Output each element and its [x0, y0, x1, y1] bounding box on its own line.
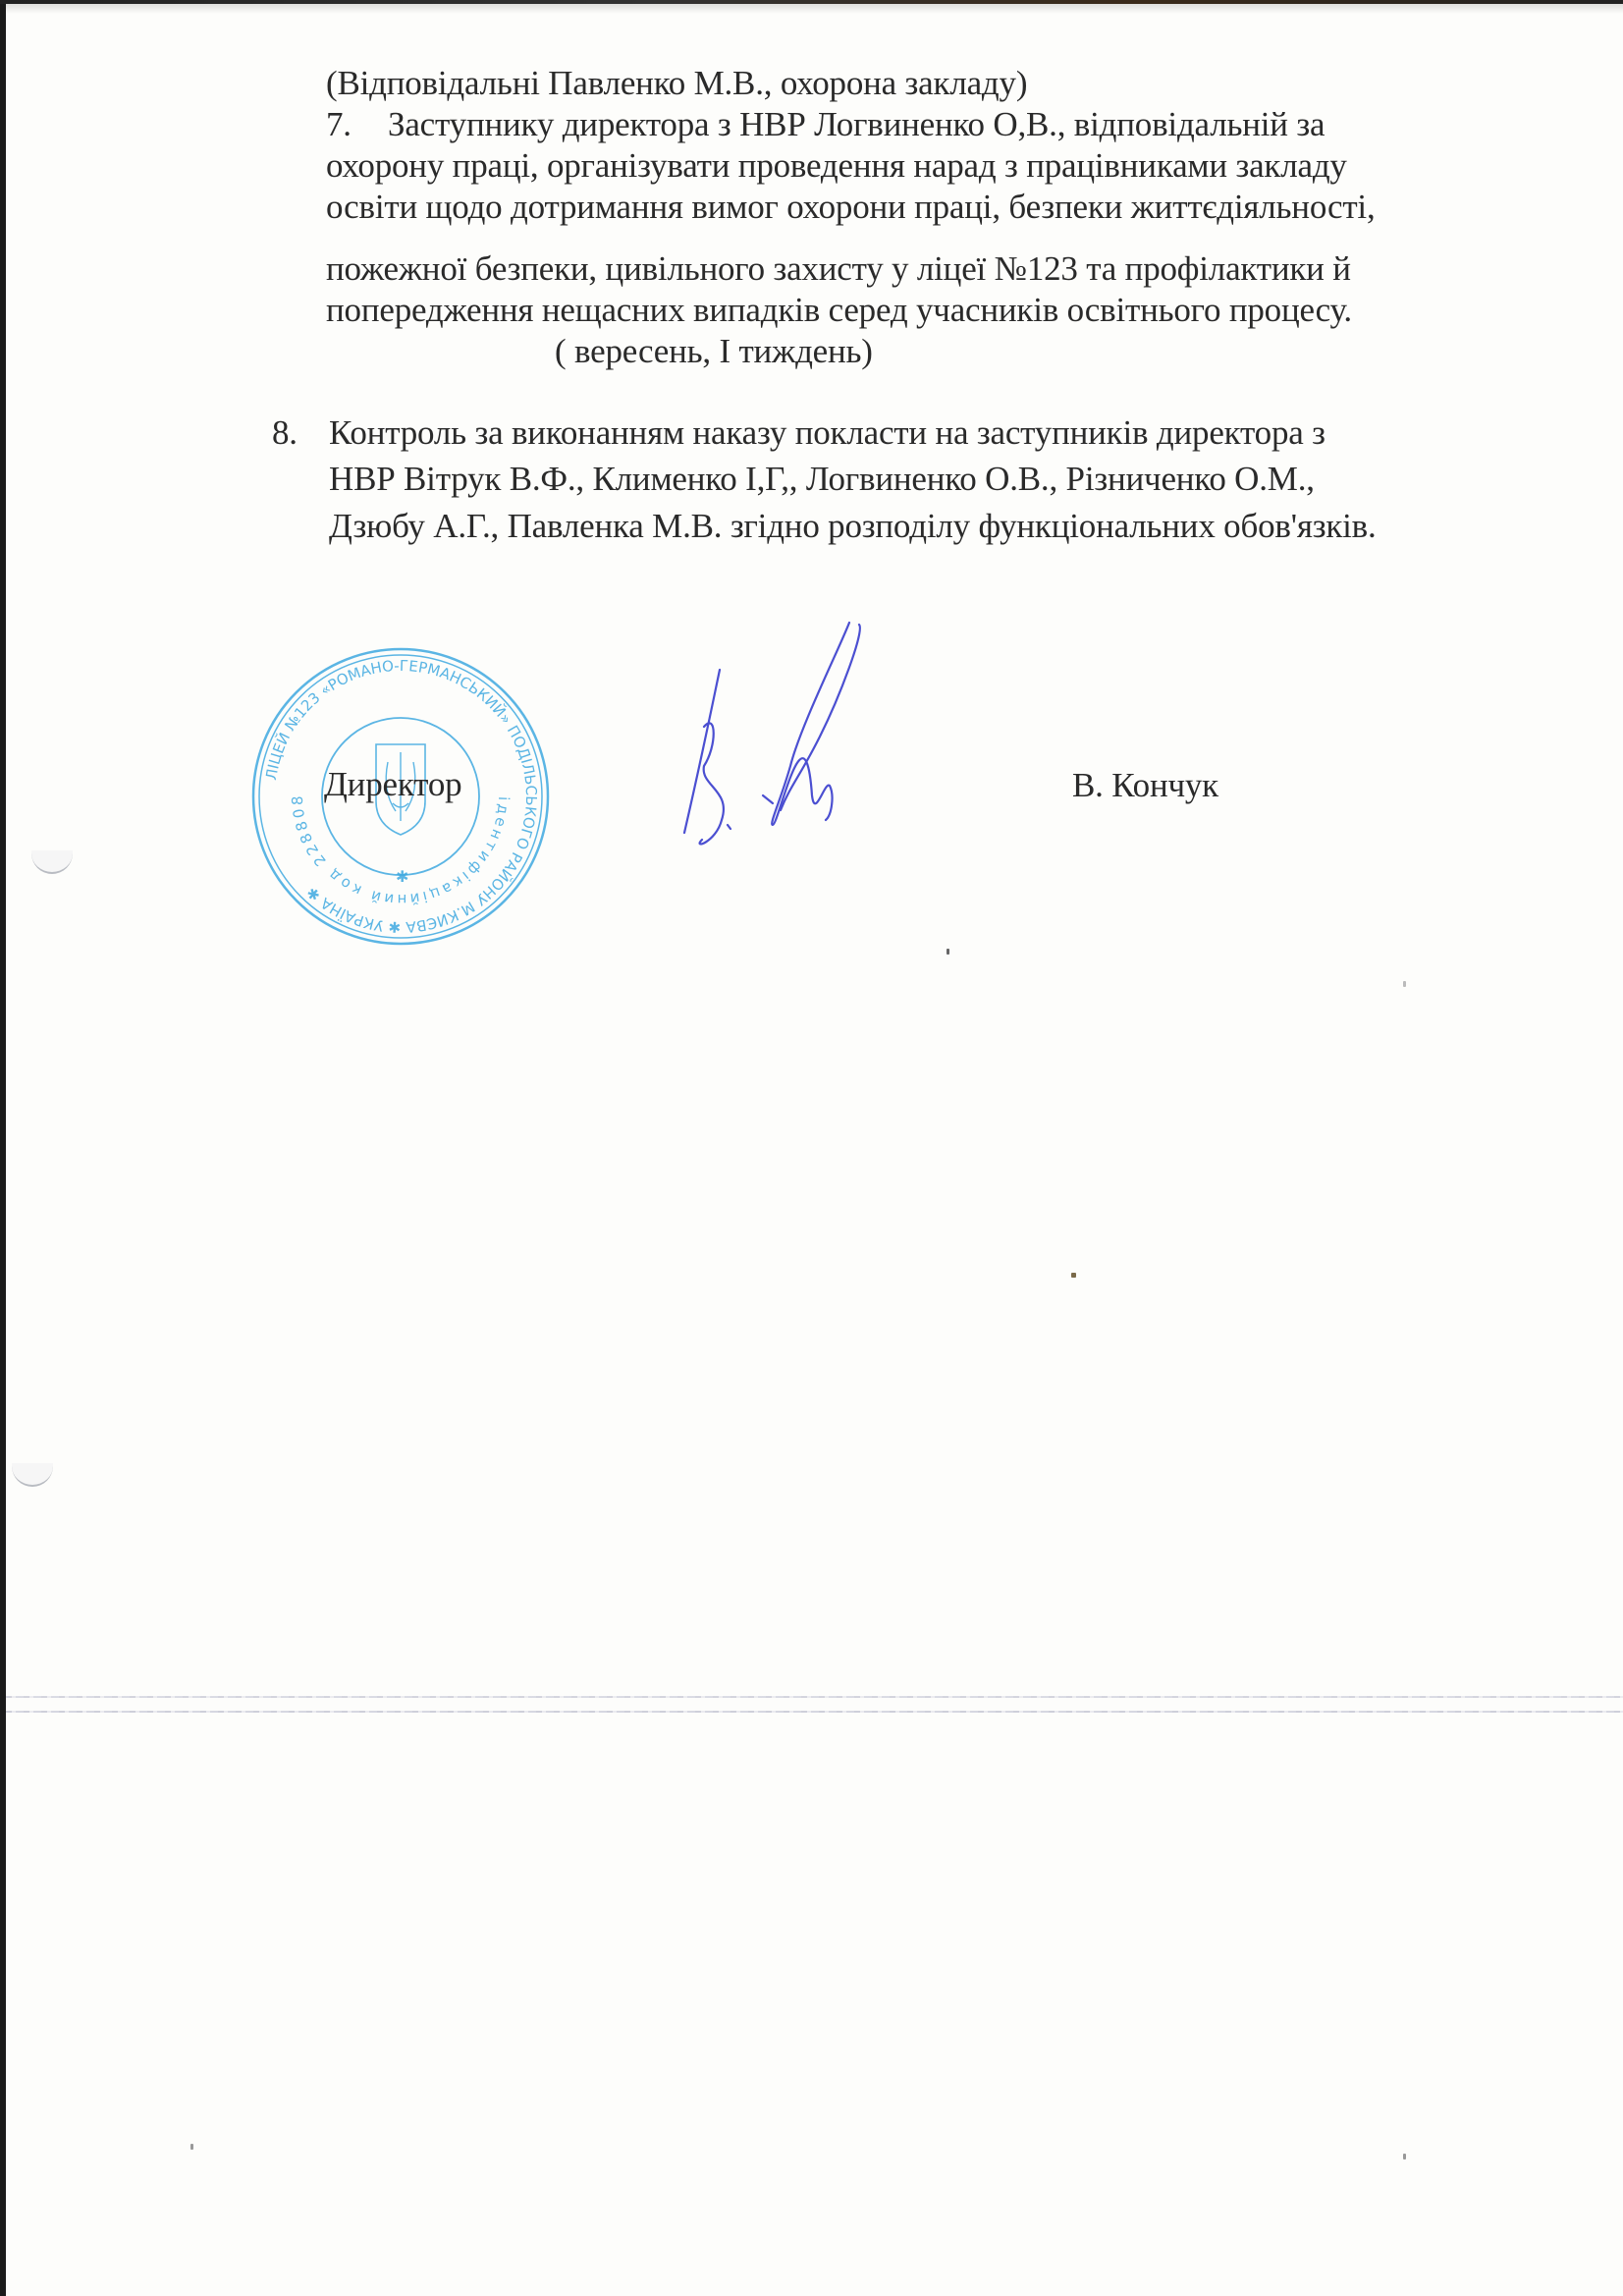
item-7-text-line: освіти щодо дотримання вимог охорони пра…	[326, 187, 1376, 228]
punch-hole-mark	[12, 1463, 53, 1487]
paper-speck	[1403, 2154, 1406, 2159]
paper-speck	[1403, 981, 1406, 987]
scan-shadow	[6, 4, 1623, 14]
scan-artifact-line	[6, 1696, 1623, 1698]
item-7-text-line: Заступнику директора з НВР Логвиненко О,…	[388, 104, 1325, 145]
scan-border-left	[0, 0, 6, 2296]
signatory-title: Директор	[324, 764, 461, 805]
item-8-text-line: Контроль за виконанням наказу покласти н…	[329, 412, 1325, 454]
svg-text:✱: ✱	[396, 867, 408, 886]
item-7-text-line: пожежної безпеки, цивільного захисту у л…	[326, 248, 1351, 290]
responsible-note-line: (Відповідальні Павленко М.В., охорона за…	[326, 63, 1027, 104]
punch-hole-mark	[31, 850, 73, 874]
item-7-number: 7.	[326, 104, 352, 145]
handwritten-signature-icon	[643, 619, 898, 874]
item-8-text-line: Дзюбу А.Г., Павленка М.В. згідно розподі…	[329, 506, 1377, 547]
item-7-text-line: охорону праці, організувати проведення н…	[326, 145, 1347, 187]
item-7-deadline: ( вересень, І тиждень)	[555, 331, 873, 372]
item-8-number: 8.	[272, 412, 298, 454]
scan-artifact-line	[6, 1711, 1623, 1713]
signatory-name: В. Кончук	[1072, 765, 1218, 806]
paper-speck	[190, 2144, 193, 2150]
item-8-text-line: НВР Вітрук В.Ф., Клименко І,Г,, Логвинен…	[329, 459, 1315, 500]
item-7-text-line: попередження нещасних випадків серед уча…	[326, 290, 1352, 331]
paper-speck	[947, 949, 949, 955]
paper-speck	[1071, 1273, 1076, 1278]
